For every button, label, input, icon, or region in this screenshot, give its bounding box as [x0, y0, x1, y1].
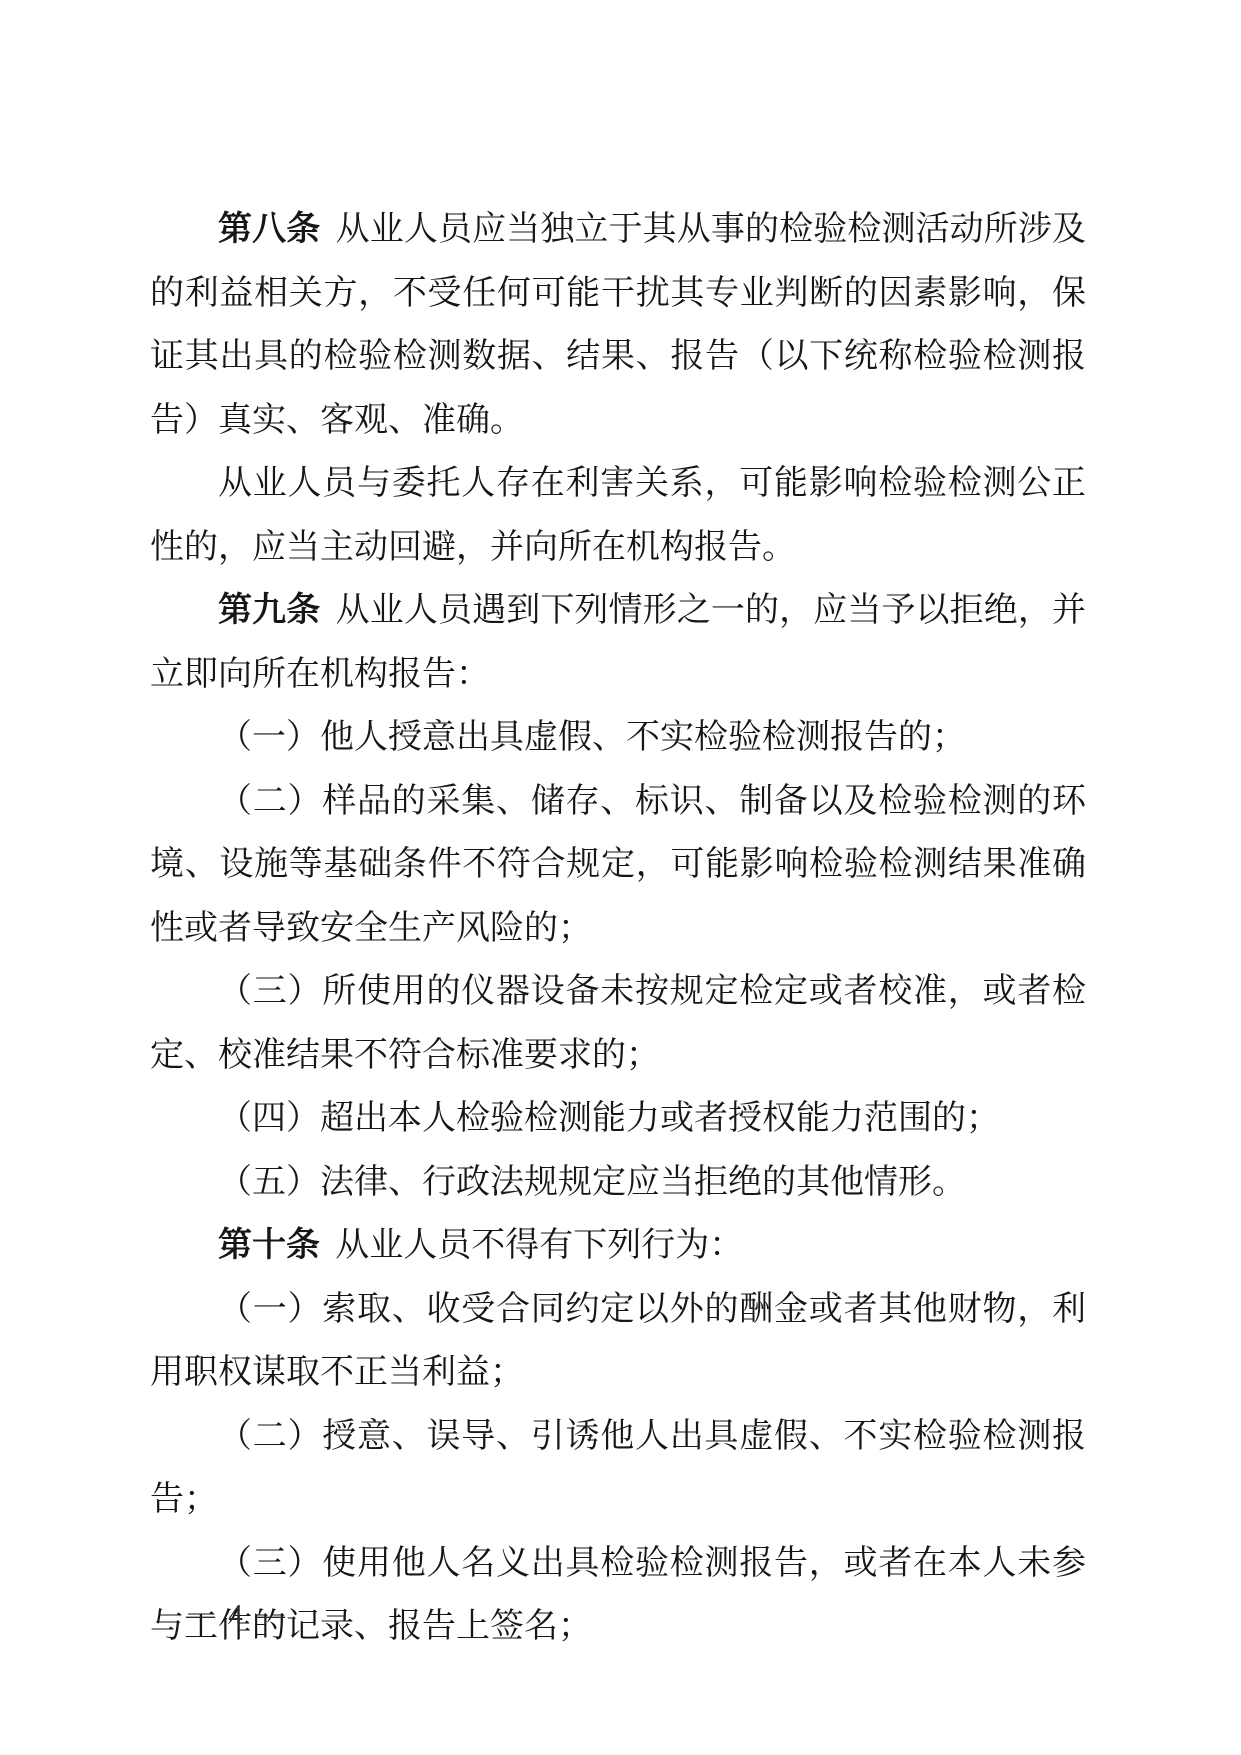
paragraph-text: （一）索取、收受合同约定以外的酬金或者其他财物，利用职权谋取不正当利益；	[150, 1291, 1086, 1392]
paragraph-text: （一）他人授意出具虚假、不实检验检测报告的；	[218, 719, 966, 756]
list-item-10-1: （一）索取、收受合同约定以外的酬金或者其他财物，利用职权谋取不正当利益；	[150, 1278, 1086, 1405]
list-item-9-2: （二）样品的采集、储存、标识、制备以及检验检测的环境、设施等基础条件不符合规定，…	[150, 770, 1086, 961]
list-item-9-5: （五）法律、行政法规规定应当拒绝的其他情形。	[150, 1151, 1086, 1215]
paragraph-text: （五）法律、行政法规规定应当拒绝的其他情形。	[218, 1164, 966, 1201]
list-item-9-1: （一）他人授意出具虚假、不实检验检测报告的；	[150, 706, 1086, 770]
paragraph-article-8: 第八条从业人员应当独立于其从事的检验检测活动所涉及的利益相关方，不受任何可能干扰…	[150, 198, 1086, 452]
article-8-heading: 第八条	[218, 210, 320, 248]
paragraph-text: 从业人员不得有下列行为：	[335, 1227, 743, 1264]
list-item-9-3: （三）所使用的仪器设备未按规定检定或者校准，或者检定、校准结果不符合标准要求的；	[150, 960, 1086, 1087]
paragraph-text: （四）超出本人检验检测能力或者授权能力范围的；	[218, 1100, 1000, 1137]
paragraph-text: （二）样品的采集、储存、标识、制备以及检验检测的环境、设施等基础条件不符合规定，…	[150, 783, 1086, 947]
article-10-heading: 第十条	[218, 1226, 320, 1264]
list-item-9-4: （四）超出本人检验检测能力或者授权能力范围的；	[150, 1087, 1086, 1151]
paragraph-text: （三）使用他人名义出具检验检测报告，或者在本人未参与工作的记录、报告上签名；	[150, 1545, 1086, 1646]
document-body: 第八条从业人员应当独立于其从事的检验检测活动所涉及的利益相关方，不受任何可能干扰…	[150, 198, 1086, 1659]
paragraph-text: （三）所使用的仪器设备未按规定检定或者校准，或者检定、校准结果不符合标准要求的；	[150, 973, 1086, 1074]
paragraph-text: （二）授意、误导、引诱他人出具虚假、不实检验检测报告；	[150, 1418, 1086, 1519]
paragraph-article-10: 第十条从业人员不得有下列行为：	[150, 1214, 1086, 1278]
paragraph-text: 从业人员与委托人存在利害关系，可能影响检验检测公正性的，应当主动回避，并向所在机…	[150, 465, 1086, 566]
list-item-10-3: （三）使用他人名义出具检验检测报告，或者在本人未参与工作的记录、报告上签名；	[150, 1532, 1086, 1659]
paragraph-article-8-clause-2: 从业人员与委托人存在利害关系，可能影响检验检测公正性的，应当主动回避，并向所在机…	[150, 452, 1086, 579]
page-number: — 4 —	[186, 1599, 288, 1632]
article-9-heading: 第九条	[218, 591, 320, 629]
paragraph-article-9: 第九条从业人员遇到下列情形之一的，应当予以拒绝，并立即向所在机构报告：	[150, 579, 1086, 706]
document-page: { "document": { "paragraphs": [ { "head"…	[0, 0, 1241, 1755]
list-item-10-2: （二）授意、误导、引诱他人出具虚假、不实检验检测报告；	[150, 1405, 1086, 1532]
